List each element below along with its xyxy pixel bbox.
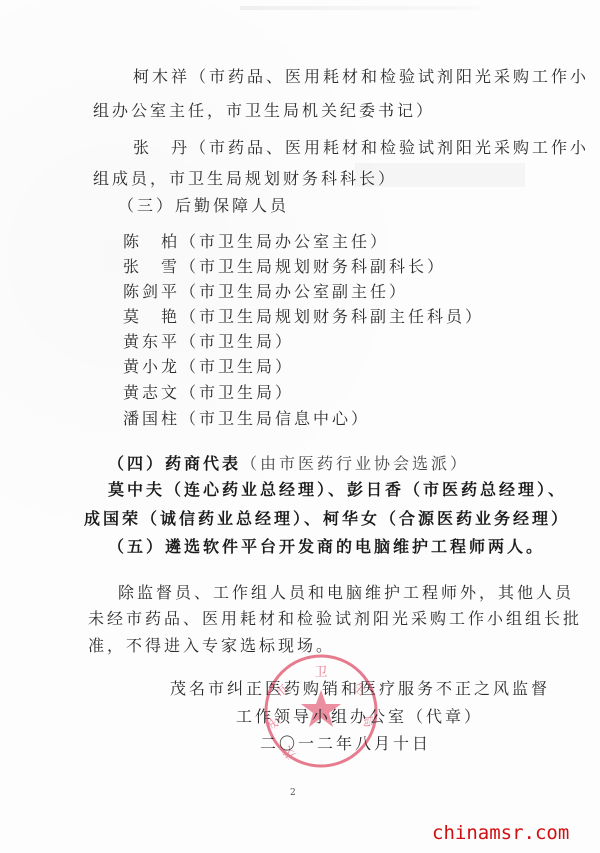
restriction-paragraph-line1: 除监督员、工作组人员和电脑维护工程师外，其他人员 xyxy=(118,583,574,603)
document-page: 柯木祥（市药品、医用耗材和检验试剂阳光采购工作小 组办公室主任，市卫生局机关纪委… xyxy=(0,0,600,853)
section-three-heading: （三）后勤保障人员 xyxy=(118,196,289,216)
logistics-member: 张 雪（市卫生局规划财务科副科长） xyxy=(123,257,446,277)
member-zhangdan-line1: 张 丹（市药品、医用耗材和检验试剂阳光采购工作小 xyxy=(133,138,589,158)
logistics-member: 黄东平（市卫生局） xyxy=(123,332,294,352)
section-four-heading-note: （由市医药行业协会选派） xyxy=(241,454,469,473)
svg-text:卫: 卫 xyxy=(314,665,327,680)
restriction-paragraph-line3: 准，不得进入专家选标现场。 xyxy=(88,636,335,656)
restriction-paragraph-line2: 未经市药品、医用耗材和检验试剂阳光采购工作小组组长批 xyxy=(88,609,582,629)
logistics-member: 莫 艳（市卫生局规划财务科副主任科员） xyxy=(123,307,484,327)
signature-org-line1: 茂名市纠正医药购销和医疗服务不正之风监督 xyxy=(170,679,550,699)
pharma-reps-line1: 莫中夫（连心药业总经理）、彭日香（市医药总经理）、 xyxy=(108,480,567,500)
logistics-member: 黄志文（市卫生局） xyxy=(123,383,294,403)
scan-artifact xyxy=(240,6,480,10)
signature-org-line2: 工作领导小组办公室（代章） xyxy=(236,707,483,727)
signature-date: 二〇一二年八月十日 xyxy=(260,734,431,754)
pharma-reps-line2: 成国荣（诚信药业总经理）、柯华女（合源医药业务经理） xyxy=(84,509,570,529)
site-watermark: chinamsr.com xyxy=(432,822,569,844)
member-kemuxiang-line1: 柯木祥（市药品、医用耗材和检验试剂阳光采购工作小 xyxy=(133,67,589,87)
section-five-heading: （五）遴选软件平台开发商的电脑维护工程师两人。 xyxy=(108,537,545,557)
page-number: 2 xyxy=(290,788,296,798)
section-four-heading-title: （四）药商代表 xyxy=(108,454,241,473)
member-kemuxiang-line2: 组办公室主任，市卫生局机关纪委书记） xyxy=(93,101,435,121)
section-four-heading: （四）药商代表（由市医药行业协会选派） xyxy=(108,454,469,474)
logistics-member: 黄小龙（市卫生局） xyxy=(123,357,294,377)
logistics-member: 陈 柏（市卫生局办公室主任） xyxy=(123,232,389,252)
member-zhangdan-line2: 组成员，市卫生局规划财务科科长） xyxy=(93,169,397,189)
logistics-member: 潘国柱（市卫生局信息中心） xyxy=(123,409,370,429)
logistics-member: 陈剑平（市卫生局办公室副主任） xyxy=(123,282,408,302)
